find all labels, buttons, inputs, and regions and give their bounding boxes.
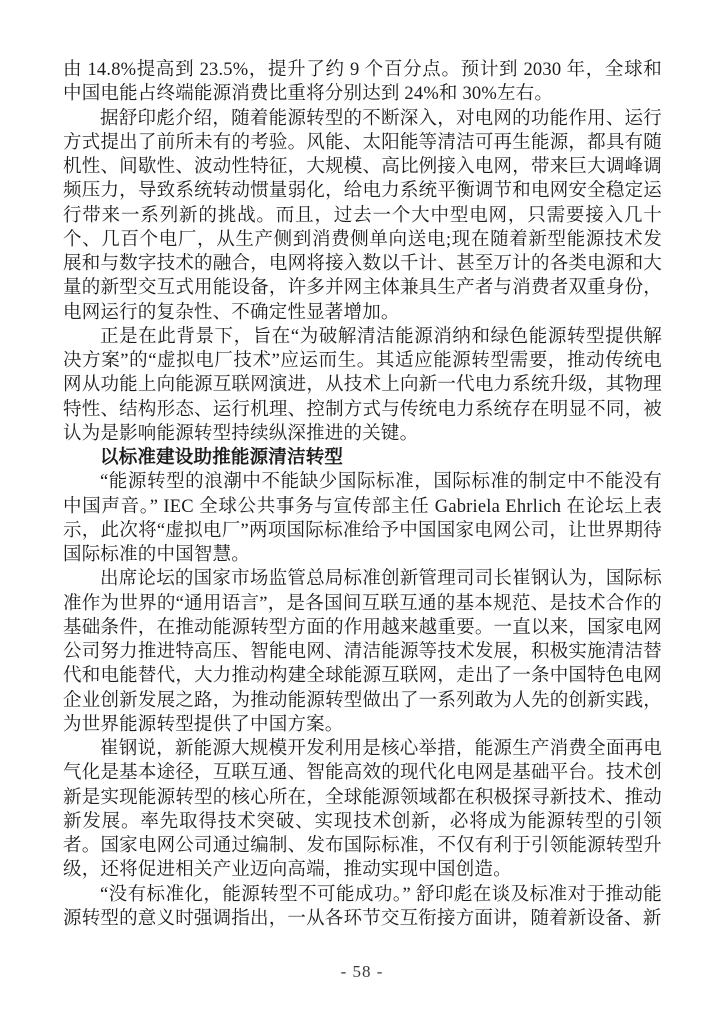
document-page: 由 14.8%提高到 23.5%，提升了约 9 个百分点。预计到 2030 年，…	[0, 0, 724, 1024]
page-number: - 58 -	[0, 961, 724, 983]
paragraph: 正是在此背景下，旨在“为破解清洁能源消纳和绿色能源转型提供解决方案”的“虚拟电厂…	[63, 325, 662, 446]
paragraph: 据舒印彪介绍，随着能源转型的不断深入，对电网的功能作用、运行方式提出了前所未有的…	[63, 107, 662, 325]
paragraph: “没有标准化，能源转型不可能成功。” 舒印彪在谈及标准对于推动能源转型的意义时强…	[63, 883, 662, 932]
paragraph: “能源转型的浪潮中不能缺少国际标准，国际标准的制定中不能没有中国声音。” IEC…	[63, 470, 662, 567]
paragraph: 崔钢说，新能源大规模开发利用是核心举措，能源生产消费全面再电气化是基本途径，互联…	[63, 737, 662, 883]
paragraph: 出席论坛的国家市场监管总局标准创新管理司司长崔钢认为，国际标准作为世界的“通用语…	[63, 567, 662, 737]
section-heading: 以标准建设助推能源清洁转型	[63, 446, 662, 470]
paragraph: 由 14.8%提高到 23.5%，提升了约 9 个百分点。预计到 2030 年，…	[63, 58, 662, 107]
document-body: 由 14.8%提高到 23.5%，提升了约 9 个百分点。预计到 2030 年，…	[63, 58, 662, 931]
